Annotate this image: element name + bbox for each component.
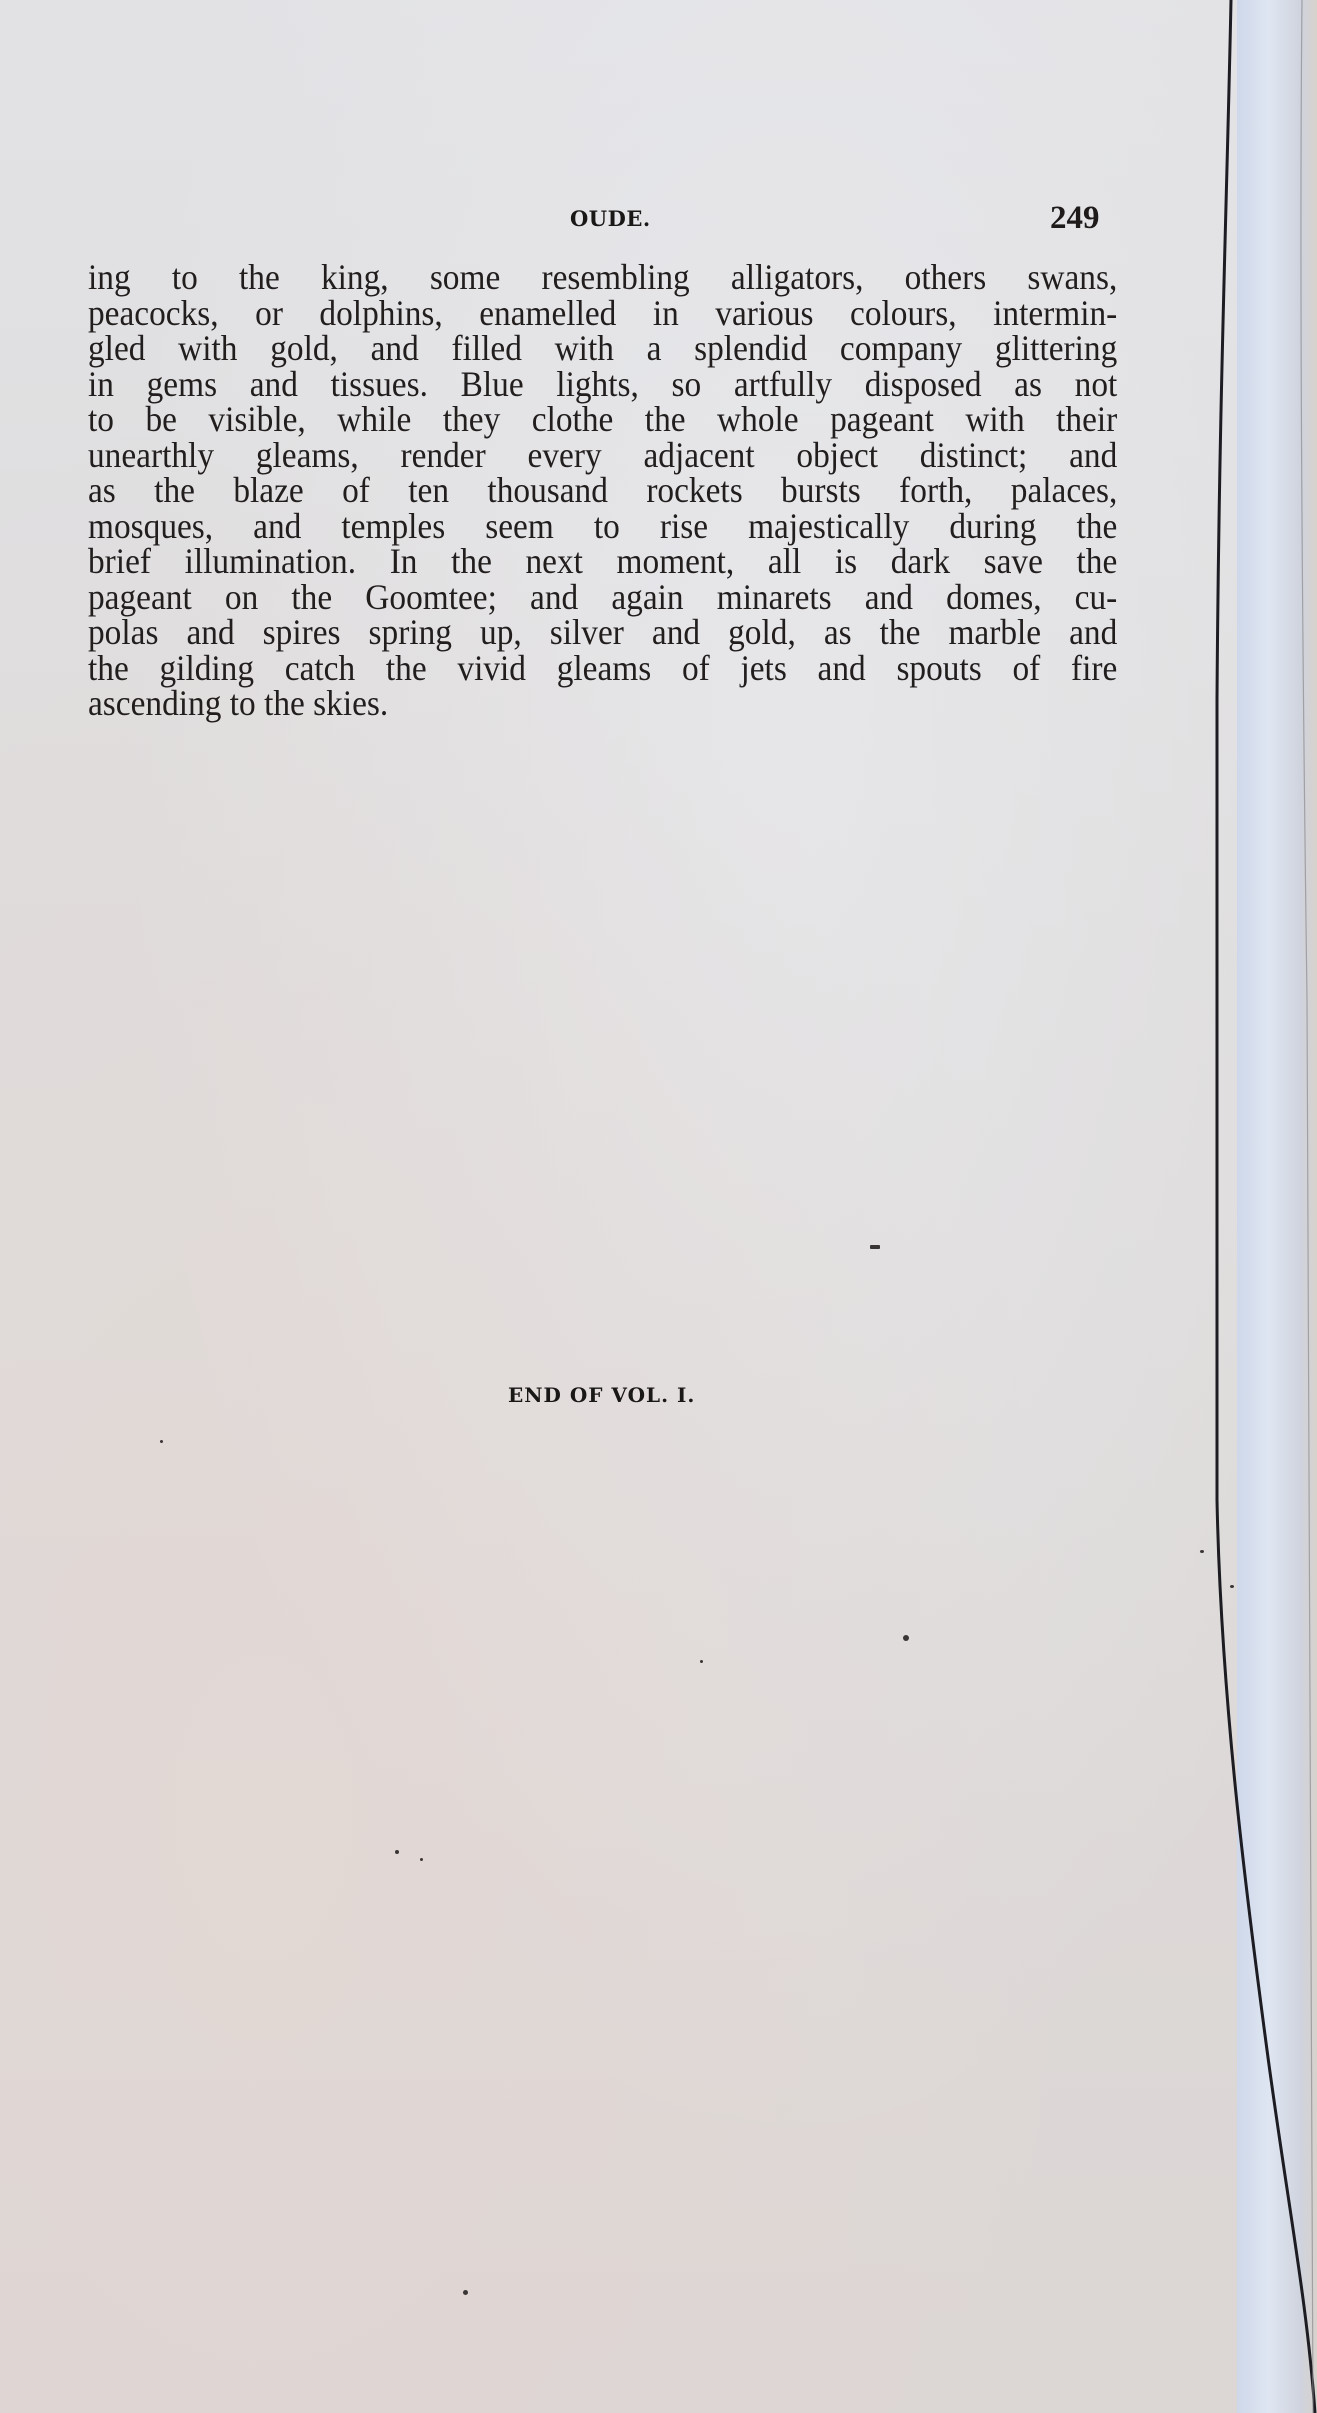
text-line: gled with gold, and filled with a splend…: [88, 331, 1117, 367]
text-line: unearthly gleams, render every adjacent …: [88, 438, 1117, 474]
paper-speck: [1230, 1585, 1234, 1588]
paper-speck: [395, 1850, 399, 1854]
book-page: OUDE. 249 ing to the king, some resembli…: [0, 0, 1317, 2413]
paper-speck: [420, 1858, 423, 1861]
page-number: 249: [1050, 200, 1100, 237]
end-of-volume-note: END OF VOL. I.: [508, 1383, 695, 1407]
paper-speck: [700, 1660, 703, 1663]
text-line: pageant on the Goomtee; and again minare…: [88, 580, 1117, 616]
paper-speck: [903, 1635, 909, 1641]
text-line: peacocks, or dolphins, enamelled in vari…: [88, 296, 1117, 332]
page-edge-line: [1207, 0, 1317, 2413]
text-line: the gilding catch the vivid gleams of je…: [88, 651, 1117, 687]
paper-speck: [463, 2290, 468, 2295]
text-line: as the blaze of ten thousand rockets bur…: [88, 473, 1117, 509]
text-line: ascending to the skies.: [88, 686, 1117, 722]
running-head: OUDE. 249: [0, 200, 1317, 250]
text-line: to be visible, while they clothe the who…: [88, 402, 1117, 438]
text-line: mosques, and temples seem to rise majest…: [88, 509, 1117, 545]
text-line: brief illumination. In the next moment, …: [88, 544, 1117, 580]
text-line: in gems and tissues. Blue lights, so art…: [88, 367, 1117, 403]
paper-speck: [1200, 1550, 1204, 1553]
paper-speck: [160, 1440, 163, 1443]
running-title: OUDE.: [570, 206, 651, 231]
text-line: ing to the king, some resembling alligat…: [88, 260, 1117, 296]
paper-speck: [870, 1245, 880, 1249]
body-paragraph: ing to the king, some resembling alligat…: [88, 260, 1056, 722]
text-line: polas and spires spring up, silver and g…: [88, 615, 1117, 651]
